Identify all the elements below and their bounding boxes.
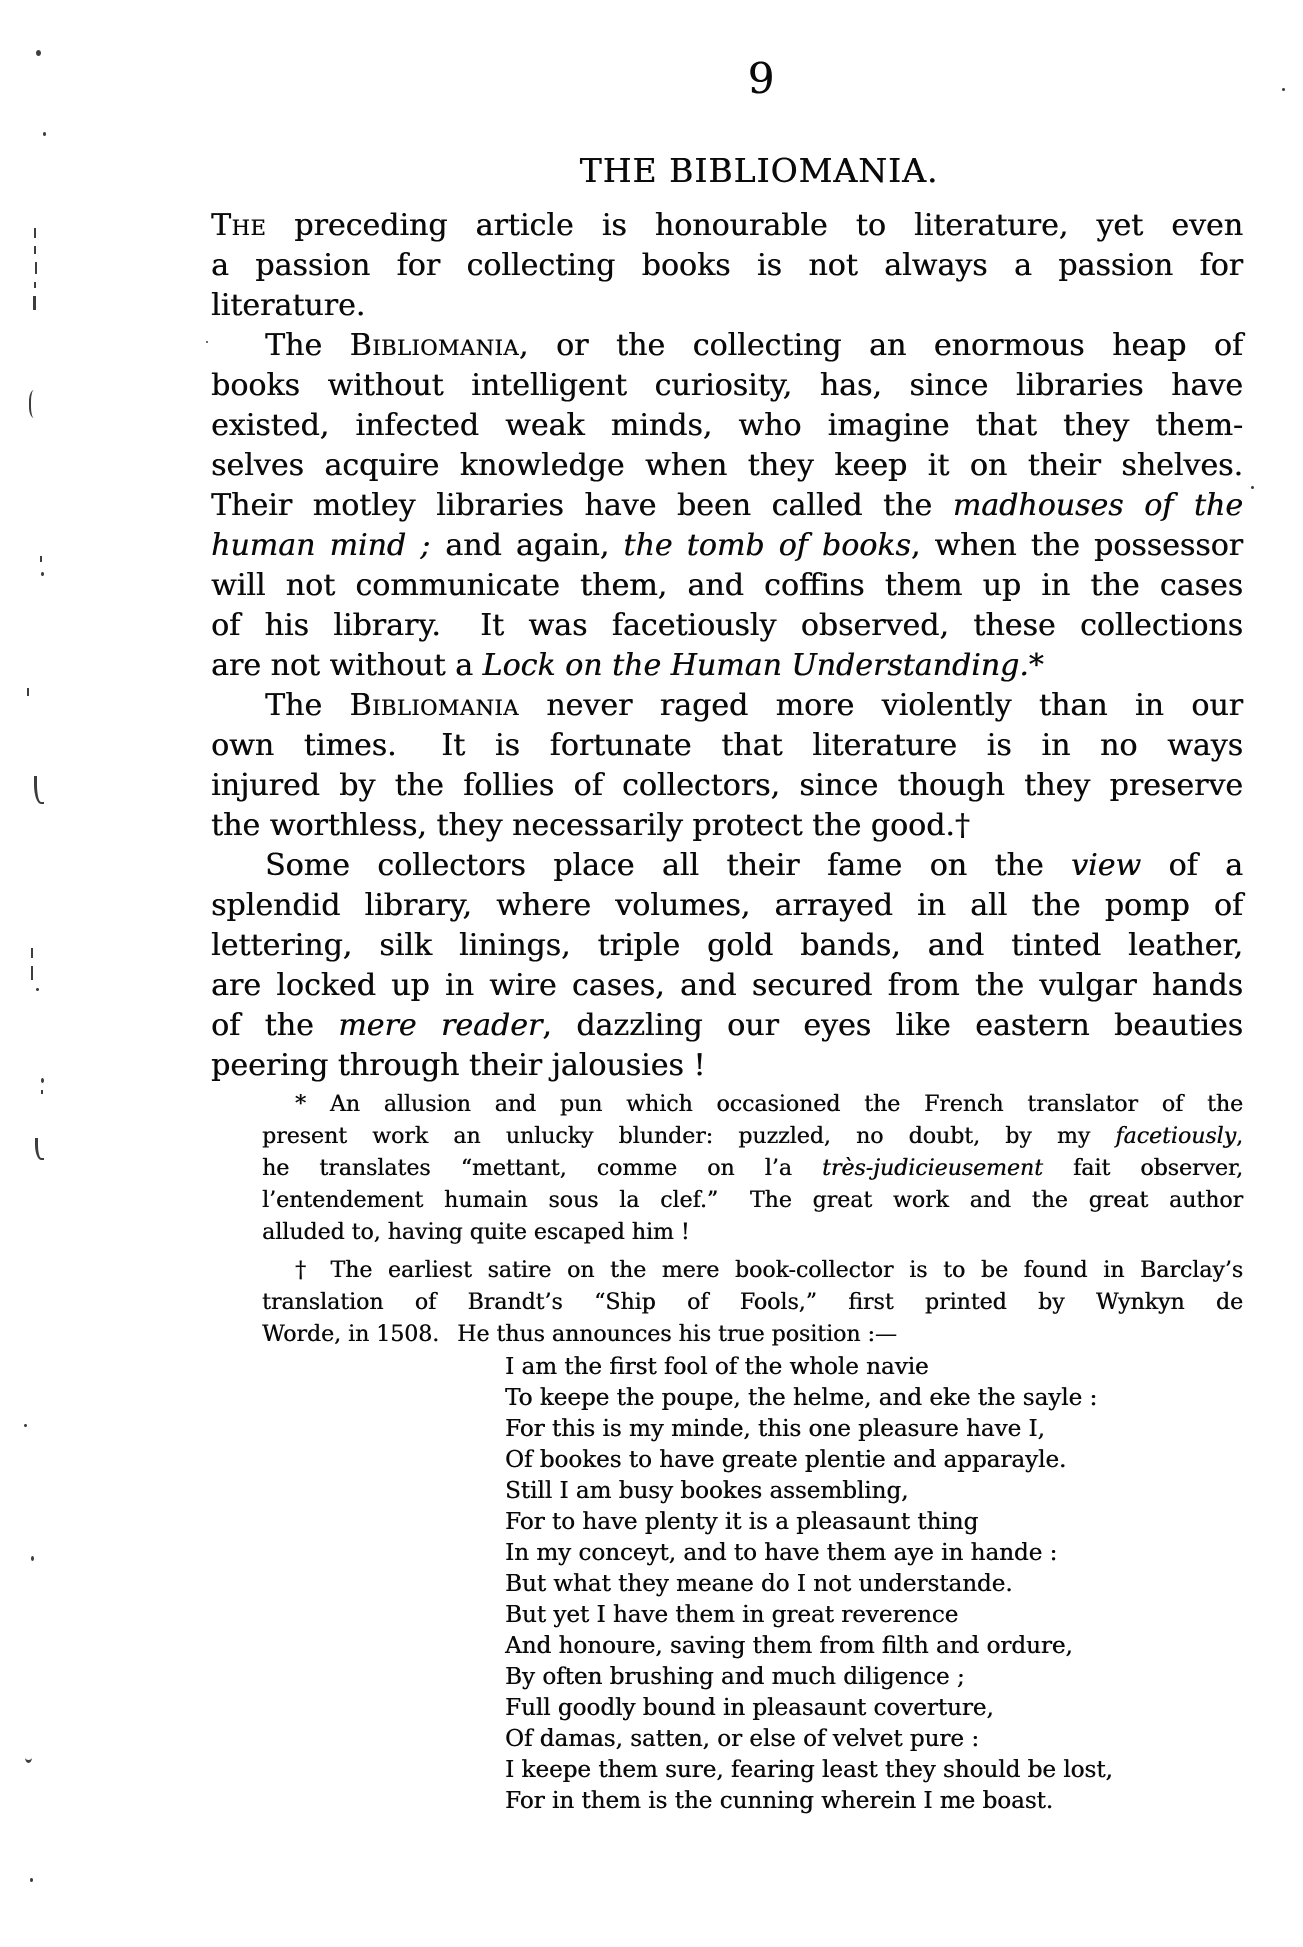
text-line: injured by the follies of collectors, si… xyxy=(211,766,1243,806)
text-line: books without intelligent curiosity, has… xyxy=(211,366,1243,406)
scan-artifact xyxy=(34,246,36,254)
text-line: lettering, silk linings, triple gold ban… xyxy=(211,926,1243,966)
scan-artifact xyxy=(33,296,36,310)
text-line: of his library. It was facetiously obser… xyxy=(211,606,1243,646)
footnote-dagger: † The earliest satire on the mere book-c… xyxy=(262,1255,1243,1351)
text-line: alluded to, having quite escaped him ! xyxy=(262,1217,1243,1249)
text-line: For in them is the cunning wherein I me … xyxy=(505,1786,1185,1817)
scan-artifact xyxy=(41,572,44,576)
scan-artifact xyxy=(30,1878,33,1882)
text-line: The Bibliomania, or the collecting an en… xyxy=(211,326,1243,366)
text-line: But what they meane do I not understande… xyxy=(505,1569,1185,1600)
text-line: Some collectors place all their fame on … xyxy=(211,846,1243,886)
scan-artifact xyxy=(25,1752,32,1763)
scan-artifact xyxy=(36,50,41,56)
page-title: THE BIBLIOMANIA. xyxy=(243,152,1275,190)
scan-artifact xyxy=(35,1138,44,1160)
text-line: But yet I have them in great reverence xyxy=(505,1600,1185,1631)
text-line: For to have plenty it is a pleasaunt thi… xyxy=(505,1507,1185,1538)
footnotes-block: * An allusion and pun which occasioned t… xyxy=(262,1089,1243,1351)
scan-artifact xyxy=(36,988,39,991)
text-line: existed, infected weak minds, who imagin… xyxy=(211,406,1243,446)
text-line: selves acquire knowledge when they keep … xyxy=(211,446,1243,486)
text-line: For this is my minde, this one pleasure … xyxy=(505,1414,1185,1445)
main-text: The preceding article is honourable to l… xyxy=(211,206,1243,1086)
text-line: Worde, in 1508. He thus announces his tr… xyxy=(262,1319,1243,1351)
text-line: are locked up in wire cases, and secured… xyxy=(211,966,1243,1006)
text-line: I keepe them sure, fearing least they sh… xyxy=(505,1755,1185,1786)
text-line: * An allusion and pun which occasioned t… xyxy=(262,1089,1243,1121)
scan-artifact xyxy=(41,1090,43,1094)
paragraph-4: Some collectors place all their fame on … xyxy=(211,846,1243,1086)
text-line: Still I am busy bookes assembling, xyxy=(505,1476,1185,1507)
page-number: 9 xyxy=(245,56,1277,102)
text-line: l’entendement humain sous la clef.” The … xyxy=(262,1185,1243,1217)
scan-artifact xyxy=(1251,486,1254,489)
scan-artifact xyxy=(31,966,33,980)
scan-artifact xyxy=(34,776,44,804)
text-line: are not without a Lock on the Human Unde… xyxy=(211,646,1243,686)
text-line: Full goodly bound in pleasaunt coverture… xyxy=(505,1693,1185,1724)
text-line: I am the first fool of the whole navie xyxy=(505,1352,1185,1383)
scan-artifact xyxy=(1282,88,1285,91)
scan-artifact xyxy=(43,132,46,136)
scan-artifact xyxy=(34,282,36,288)
text-line: And honoure, saving them from filth and … xyxy=(505,1631,1185,1662)
text-line: Their motley libraries have been called … xyxy=(211,486,1243,526)
scan-artifact xyxy=(41,1078,44,1083)
text-line: By often brushing and much diligence ; xyxy=(505,1662,1185,1693)
text-line: The Bibliomania never raged more violent… xyxy=(211,686,1243,726)
scan-artifact xyxy=(27,688,29,696)
text-line: literature. xyxy=(211,286,1243,326)
scan-artifact xyxy=(34,228,36,238)
text-line: present work an unlucky blunder: puzzled… xyxy=(262,1121,1243,1153)
text-line: In my conceyt, and to have them aye in h… xyxy=(505,1538,1185,1569)
book-page-scan: 9 THE BIBLIOMANIA. The preceding article… xyxy=(0,0,1303,1947)
poem-block: I am the first fool of the whole navieTo… xyxy=(505,1352,1185,1817)
scan-artifact xyxy=(31,1556,34,1561)
text-line: will not communicate them, and coffins t… xyxy=(211,566,1243,606)
footnote-asterisk: * An allusion and pun which occasioned t… xyxy=(262,1089,1243,1249)
scan-artifact xyxy=(29,390,39,418)
text-line: of the mere reader, dazzling our eyes li… xyxy=(211,1006,1243,1046)
text-line: Of bookes to have greate plentie and app… xyxy=(505,1445,1185,1476)
text-line: splendid library, where volumes, arrayed… xyxy=(211,886,1243,926)
scan-artifact xyxy=(206,341,208,343)
text-line: The preceding article is honourable to l… xyxy=(211,206,1243,246)
paragraph-3: The Bibliomania never raged more violent… xyxy=(211,686,1243,846)
text-line: translation of Brandt’s “Ship of Fools,”… xyxy=(262,1287,1243,1319)
scan-artifact xyxy=(40,556,42,562)
text-line: a passion for collecting books is not al… xyxy=(211,246,1243,286)
text-line: † The earliest satire on the mere book-c… xyxy=(262,1255,1243,1287)
text-line: Of damas, satten, or else of velvet pure… xyxy=(505,1724,1185,1755)
scan-artifact xyxy=(35,262,37,274)
text-line: peering through their jalousies ! xyxy=(211,1046,1243,1086)
text-line: own times. It is fortunate that literatu… xyxy=(211,726,1243,766)
paragraph-1: The preceding article is honourable to l… xyxy=(211,206,1243,326)
text-line: the worthless, they necessarily protect … xyxy=(211,806,1243,846)
paragraph-2: The Bibliomania, or the collecting an en… xyxy=(211,326,1243,686)
text-line: human mind ; and again, the tomb of book… xyxy=(211,526,1243,566)
text-line: he translates “mettant, comme on l’a trè… xyxy=(262,1153,1243,1185)
text-line: To keepe the poupe, the helme, and eke t… xyxy=(505,1383,1185,1414)
scan-artifact xyxy=(24,1424,27,1427)
scan-artifact xyxy=(31,948,33,958)
